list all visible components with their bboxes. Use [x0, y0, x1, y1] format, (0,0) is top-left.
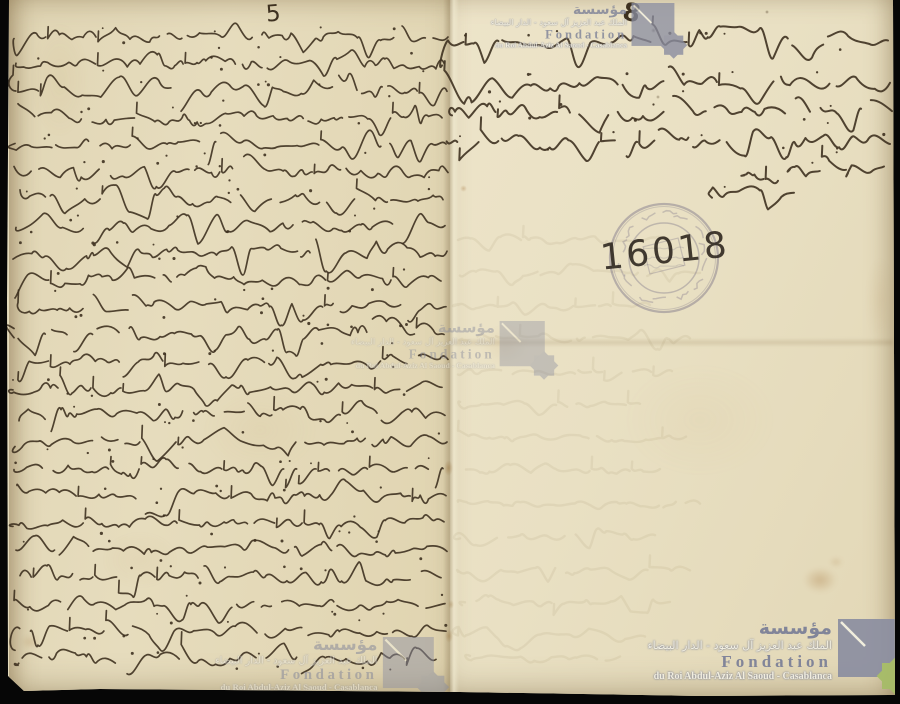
scanned-document: 5 8 16018 مؤسسة الملك عبد العزيز آل سعود… — [0, 0, 900, 704]
archive-stamp: 16018 — [604, 198, 724, 318]
folio-number-left: 5 — [265, 2, 282, 26]
handwriting-layer — [0, 0, 900, 704]
manuscript-spread: 5 8 16018 مؤسسة الملك عبد العزيز آل سعود… — [0, 0, 900, 704]
